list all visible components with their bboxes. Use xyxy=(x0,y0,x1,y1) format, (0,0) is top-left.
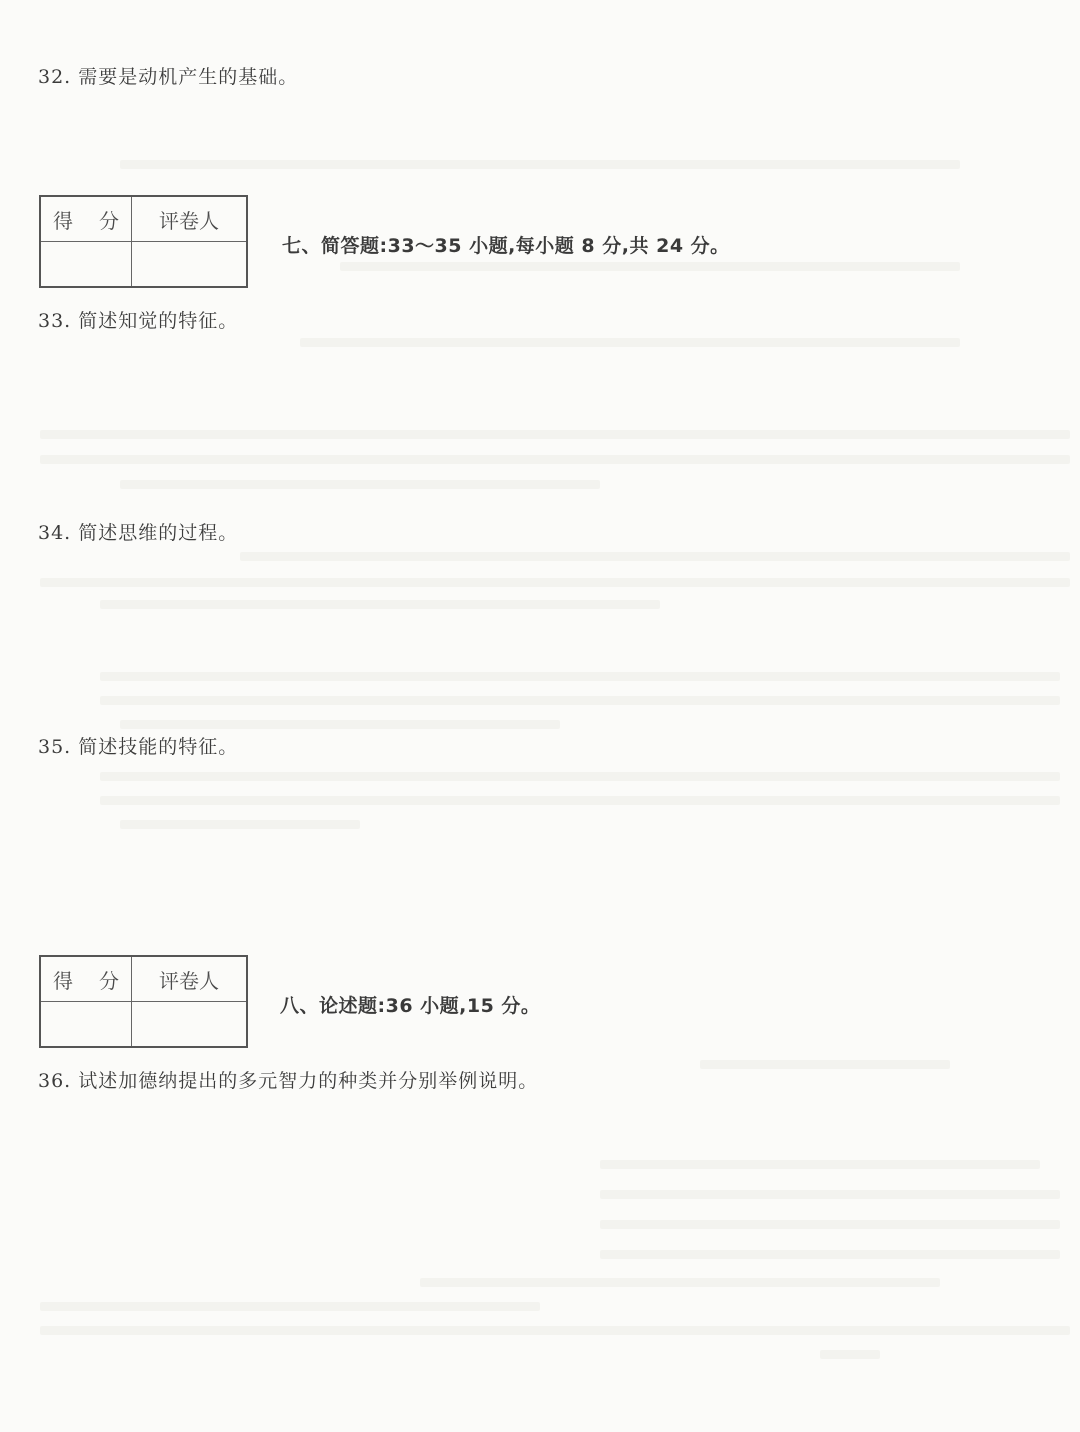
section-8-heading: 八、论述题:36 小题,15 分。 xyxy=(280,991,540,1018)
question-32: 32. 需要是动机产生的基础。 xyxy=(38,62,298,89)
score-label-char-1: 得 xyxy=(53,965,73,994)
score-entry-cell xyxy=(40,242,132,288)
score-label-char-2: 分 xyxy=(99,205,119,234)
score-entry-cell xyxy=(40,1002,132,1048)
question-33: 33. 简述知觉的特征。 xyxy=(38,306,238,333)
score-table-section-8: 得 分 评卷人 xyxy=(39,955,248,1048)
score-table-section-7: 得 分 评卷人 xyxy=(39,195,248,288)
score-label-char-2: 分 xyxy=(99,965,119,994)
section-7-heading: 七、简答题:33～35 小题,每小题 8 分,共 24 分。 xyxy=(282,231,730,258)
score-header-cell: 得 分 xyxy=(40,956,132,1002)
grader-entry-cell xyxy=(132,1002,248,1048)
question-35: 35. 简述技能的特征。 xyxy=(38,732,238,759)
score-label-char-1: 得 xyxy=(53,205,73,234)
question-34: 34. 简述思维的过程。 xyxy=(38,518,238,545)
grader-entry-cell xyxy=(132,242,248,288)
question-36: 36. 试述加德纳提出的多元智力的种类并分别举例说明。 xyxy=(38,1066,538,1093)
grader-header-cell: 评卷人 xyxy=(132,956,248,1002)
score-header-cell: 得 分 xyxy=(40,196,132,242)
grader-header-cell: 评卷人 xyxy=(132,196,248,242)
